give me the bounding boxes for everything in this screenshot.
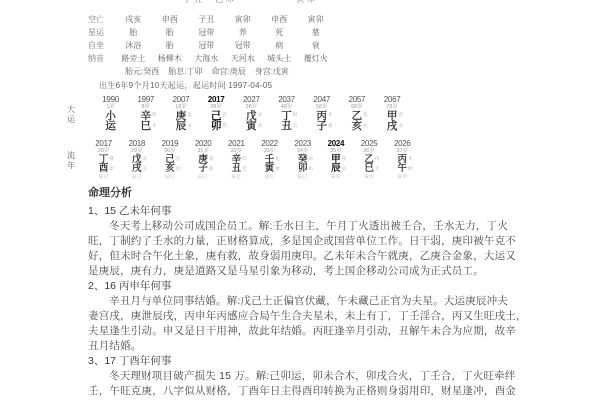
info-cell: 寅卯 — [298, 14, 335, 26]
pillar-year: 2022 — [261, 139, 278, 148]
pillar-year: 2026 — [394, 139, 411, 148]
pillar-year: 2020 — [195, 139, 212, 148]
info-cell: 胎 — [115, 27, 152, 39]
info-cell: 申酉 — [152, 14, 189, 26]
info-cell: 养 — [225, 27, 262, 39]
pillar-year: 2023 — [294, 139, 311, 148]
ten-god-note: 食 — [275, 167, 280, 172]
ten-god-note: 官 — [176, 157, 181, 162]
pillar-footer: 寅卯 — [397, 174, 407, 180]
section-heading: 1、15 乙未年何事 — [88, 204, 523, 219]
ten-god-note: 比 — [176, 167, 181, 172]
row-label: 纳音 — [88, 53, 115, 65]
info-cell: 衰 — [298, 40, 335, 52]
pillar-branch: 运 — [105, 121, 116, 132]
section-heading: 2、16 丙申年何事 — [88, 279, 523, 294]
pillar-column: 19901岁小运 — [93, 95, 128, 132]
pillar-branch: 午财 — [398, 164, 408, 174]
info-cell: 死 — [261, 27, 298, 39]
ten-god-note: 食 — [258, 124, 263, 129]
ten-god-note: 财 — [109, 157, 114, 162]
ten-god-note: 比 — [363, 124, 368, 129]
ten-god-note: 印 — [109, 167, 114, 172]
analysis-section: 命理分析 1、15 乙未年何事冬天考上移动公司成国企员工。解:壬水日主，午月丁火… — [88, 187, 523, 399]
pillar-column: 19978岁辛印巳才 — [128, 95, 163, 132]
clipped-text-fragment: 丁丑 — [183, 0, 204, 5]
info-cell: 冠带 — [188, 40, 225, 52]
pillar-branch: 寅食 — [265, 164, 275, 174]
analysis-title: 命理分析 — [88, 187, 523, 200]
pillar-column: 201930岁己官亥比辰巳 — [153, 139, 186, 180]
info-cell: 路旁土 — [115, 53, 152, 65]
ten-god-note: 杀 — [258, 113, 263, 118]
info-cell: 天河水 — [225, 53, 262, 65]
pillar-year: 1990 — [102, 95, 119, 104]
info-row-纳音: 纳音路旁土杨柳木大海水天河水城头土覆灯火 — [88, 53, 334, 65]
annual-luck-label: 流 年 — [66, 151, 76, 170]
pillar-column: 201728岁丁财酉印辰巳 — [87, 139, 120, 180]
pillar-year: 2057 — [349, 95, 366, 104]
pillar-year: 2025 — [361, 139, 378, 148]
pillar-column: 202233岁壬比寅食辰巳 — [253, 139, 286, 180]
pillar-column: 202738岁戊杀寅食 — [234, 95, 269, 132]
ten-god-note: 劫 — [308, 157, 313, 162]
pillar-footer: 辰巳 — [198, 174, 208, 180]
pillar-year: 2017 — [208, 95, 225, 104]
pillar-year: 2021 — [228, 139, 245, 148]
ten-god-note: 劫 — [328, 124, 333, 129]
ten-god-note: 财 — [293, 113, 298, 118]
pillar-year: 1997 — [137, 95, 154, 104]
row-label: 空亡 — [88, 14, 115, 26]
pillar-footer: 辰巳 — [132, 174, 142, 180]
palace-line: 胎元:癸酉胎息:丁卯命宫:庚辰身宫:戊寅 — [125, 66, 289, 77]
body-line: 冬天考上移动公司成国企员工。解:壬水日主，午月丁火透出被壬合，壬水无力，丁火 — [88, 219, 523, 234]
pillar-column: 202435岁甲食辰杀寅卯 — [319, 139, 352, 180]
photo-content: 丁丑乙卯寅卯 空亡戌亥申酉子丑寅卯申酉寅卯星运胎胎冠带养死墓自坐沐浴胎冠带冠带病… — [0, 0, 600, 400]
pillar-branch: 卯伤 — [298, 164, 308, 174]
ten-god-note: 才 — [375, 167, 380, 172]
pillar-branch: 巳才 — [141, 121, 152, 132]
pillar-branch: 丑官 — [281, 121, 292, 132]
annual-luck-table: 201728岁丁财酉印辰巳201829岁戊杀戌杀辰巳201930岁己官亥比辰巳2… — [87, 139, 419, 180]
ten-god-note: 才 — [152, 124, 157, 129]
pillar-branch: 戌杀 — [132, 164, 142, 174]
pillar-column: 202334岁癸劫卯伤辰巳 — [286, 139, 319, 180]
bazi-analysis-photo: 丁丑乙卯寅卯 空亡戌亥申酉子丑寅卯申酉寅卯星运胎胎冠带养死墓自坐沐浴胎冠带冠带病… — [0, 0, 600, 400]
palace-item: 胎元:癸酉 — [125, 66, 159, 77]
info-cell: 子丑 — [188, 14, 225, 26]
decade-luck-table: 19901岁小运19978岁辛印巳才200718岁庚枭辰杀201728岁己官卯伤… — [93, 95, 410, 132]
info-cell: 墓 — [298, 27, 335, 39]
info-row-自坐: 自坐沐浴胎冠带冠带病衰 — [88, 40, 334, 52]
info-row-星运: 星运胎胎冠带养死墓 — [88, 27, 334, 39]
row-label: 自坐 — [88, 40, 115, 52]
info-cell: 沐浴 — [115, 40, 152, 52]
body-line: 好，但未时合午化土象，庚有救，故身弱用庚印。乙未年未合午就庚，乙庚合金象，大运又 — [88, 249, 523, 264]
pillar-branch: 丑官 — [232, 164, 242, 174]
body-line: 是庚辰，庚有力，庚是道路又是马星引象为移动，考上国企移动公司成为正式员工。 — [88, 264, 523, 279]
info-row-空亡: 空亡戌亥申酉子丑寅卯申酉寅卯 — [88, 14, 334, 26]
pillar-year: 2067 — [384, 95, 401, 104]
pillar-year: 2018 — [128, 139, 145, 148]
pillar-column: 204758岁丙才子劫 — [304, 95, 339, 132]
pillar-branch: 辰杀 — [331, 164, 341, 174]
pillar-footer: 寅卯 — [364, 174, 374, 180]
body-line: 壬，午旺克庚，八字似从财格，丁酉年日主得酉印转换为正格则身弱用印，财星逢冲，酉金 — [88, 384, 523, 399]
pillar-column: 200718岁庚枭辰杀 — [163, 95, 198, 132]
ten-god-note: 官 — [222, 113, 227, 118]
pillar-column: 201728岁己官卯伤 — [199, 95, 234, 132]
pillar-branch: 子劫 — [198, 164, 208, 174]
pillar-column: 202031岁庚枭子劫辰巳 — [187, 139, 220, 180]
body-line: 丑月结婚。 — [88, 339, 523, 354]
info-cell: 戌亥 — [115, 14, 152, 26]
info-cell: 申酉 — [261, 14, 298, 26]
ten-god-note: 杀 — [187, 124, 192, 129]
start-luck-line: 出生6年9个月10天起运，起运时间 1997-04-05 — [99, 80, 272, 91]
pillar-column: 202637岁丙才午财寅卯 — [386, 139, 419, 180]
body-line: 妻宫戌，庚泄辰戌，丙申年丙感应合局午生合夫星未，未上有丁，丁壬淫合，丙又生旺戌土… — [88, 309, 523, 324]
ten-god-note: 伤 — [375, 157, 380, 162]
pillar-branch: 亥比 — [352, 121, 363, 132]
ten-god-note: 才 — [408, 157, 413, 162]
clipped-text-fragment: 寅卯 — [296, 0, 317, 5]
pillar-column: 203748岁丁财丑官 — [269, 95, 304, 132]
pillar-column: 206778岁甲食戌杀 — [375, 95, 410, 132]
pillar-footer: 寅卯 — [331, 174, 341, 180]
pillar-branch: 亥比 — [165, 164, 175, 174]
ten-god-note: 枭 — [209, 157, 214, 162]
pillar-branch: 寅食 — [246, 121, 257, 132]
ten-god-note: 比 — [275, 157, 280, 162]
ten-god-note: 杀 — [143, 157, 148, 162]
pillar-year: 2024 — [328, 139, 345, 148]
pillar-branch: 巳才 — [364, 164, 374, 174]
info-cell: 寅卯 — [225, 14, 262, 26]
pillar-branch: 酉印 — [99, 164, 109, 174]
pillar-column: 201829岁戊杀戌杀辰巳 — [120, 139, 153, 180]
pillar-footer: 辰巳 — [231, 174, 241, 180]
info-cell: 冠带 — [188, 27, 225, 39]
ten-god-note: 劫 — [209, 167, 214, 172]
ten-god-note: 官 — [293, 124, 298, 129]
pillar-year: 2047 — [313, 95, 330, 104]
ten-god-note: 食 — [342, 157, 347, 162]
pillar-branch: 子劫 — [316, 121, 327, 132]
analysis-body: 1、15 乙未年何事冬天考上移动公司成国企员工。解:壬水日主，午月丁火透出被壬合… — [88, 204, 523, 399]
palace-item: 命宫:庚辰 — [211, 66, 245, 77]
ten-god-note: 食 — [398, 113, 403, 118]
pillar-footer: 辰巳 — [298, 174, 308, 180]
palace-item: 身宫:戊寅 — [255, 66, 289, 77]
info-cell: 杨柳木 — [152, 53, 189, 65]
body-line: 夫星逢生引动。申又是日干用神，故此年结婚。丙旺逢辛月引动，丑解午未合为应期，故辛 — [88, 324, 523, 339]
ten-god-note: 杀 — [342, 167, 347, 172]
info-cell: 冠带 — [225, 40, 262, 52]
ten-god-note: 才 — [328, 113, 333, 118]
ten-god-note: 伤 — [222, 124, 227, 129]
pillar-column: 202536岁乙伤巳才寅卯 — [353, 139, 386, 180]
decade-luck-label: 大 运 — [66, 105, 76, 124]
palace-item: 胎息:丁卯 — [168, 66, 202, 77]
body-line: 冬天理财项目破产损失 15 万。解:己卯运，卯未合木，卯戌合火，丁壬合，丁火旺牵… — [88, 369, 523, 384]
clipped-text-fragment: 乙卯 — [215, 0, 236, 5]
pillar-footer: 辰巳 — [165, 174, 175, 180]
pillar-branch: 戌杀 — [387, 121, 398, 132]
pillar-column: 202132岁辛印丑官辰巳 — [220, 139, 253, 180]
pillar-year: 2017 — [95, 139, 112, 148]
pillar-branch: 辰杀 — [176, 121, 187, 132]
info-cell: 覆灯火 — [298, 53, 335, 65]
body-line: 旺，丁制约了壬水的力量，正财格算成，多是国企或国营单位工作。日干弱，庚印被午克不 — [88, 234, 523, 249]
ten-god-note: 财 — [408, 167, 413, 172]
ten-god-note: 官 — [242, 167, 247, 172]
ten-god-note: 枭 — [187, 113, 192, 118]
info-cell: 病 — [261, 40, 298, 52]
ten-god-note: 印 — [242, 157, 247, 162]
pillar-footer: 辰巳 — [265, 174, 275, 180]
pillar-column: 205768岁乙伤亥比 — [339, 95, 374, 132]
pillar-year: 2007 — [173, 95, 190, 104]
ten-god-note: 印 — [152, 113, 157, 118]
pillar-footer: 辰巳 — [99, 174, 109, 180]
info-cell: 胎 — [152, 40, 189, 52]
row-label: 星运 — [88, 27, 115, 39]
pillar-year: 2019 — [162, 139, 179, 148]
pillar-year: 2027 — [243, 95, 260, 104]
section-heading: 3、17 丁酉年何事 — [88, 354, 523, 369]
ten-god-note: 杀 — [398, 124, 403, 129]
pillar-branch: 卯伤 — [211, 121, 222, 132]
info-cell: 胎 — [152, 27, 189, 39]
body-line: 辛丑月与单位同事结婚。解:戊己土正偏官伏藏，午未藏己正官为夫星。大运庚辰冲夫 — [88, 294, 523, 309]
info-cell: 城头土 — [261, 53, 298, 65]
ten-god-note: 伤 — [308, 167, 313, 172]
info-cell: 大海水 — [188, 53, 225, 65]
pillar-year: 2037 — [278, 95, 295, 104]
ten-god-note: 伤 — [363, 113, 368, 118]
ten-god-note: 杀 — [143, 167, 148, 172]
